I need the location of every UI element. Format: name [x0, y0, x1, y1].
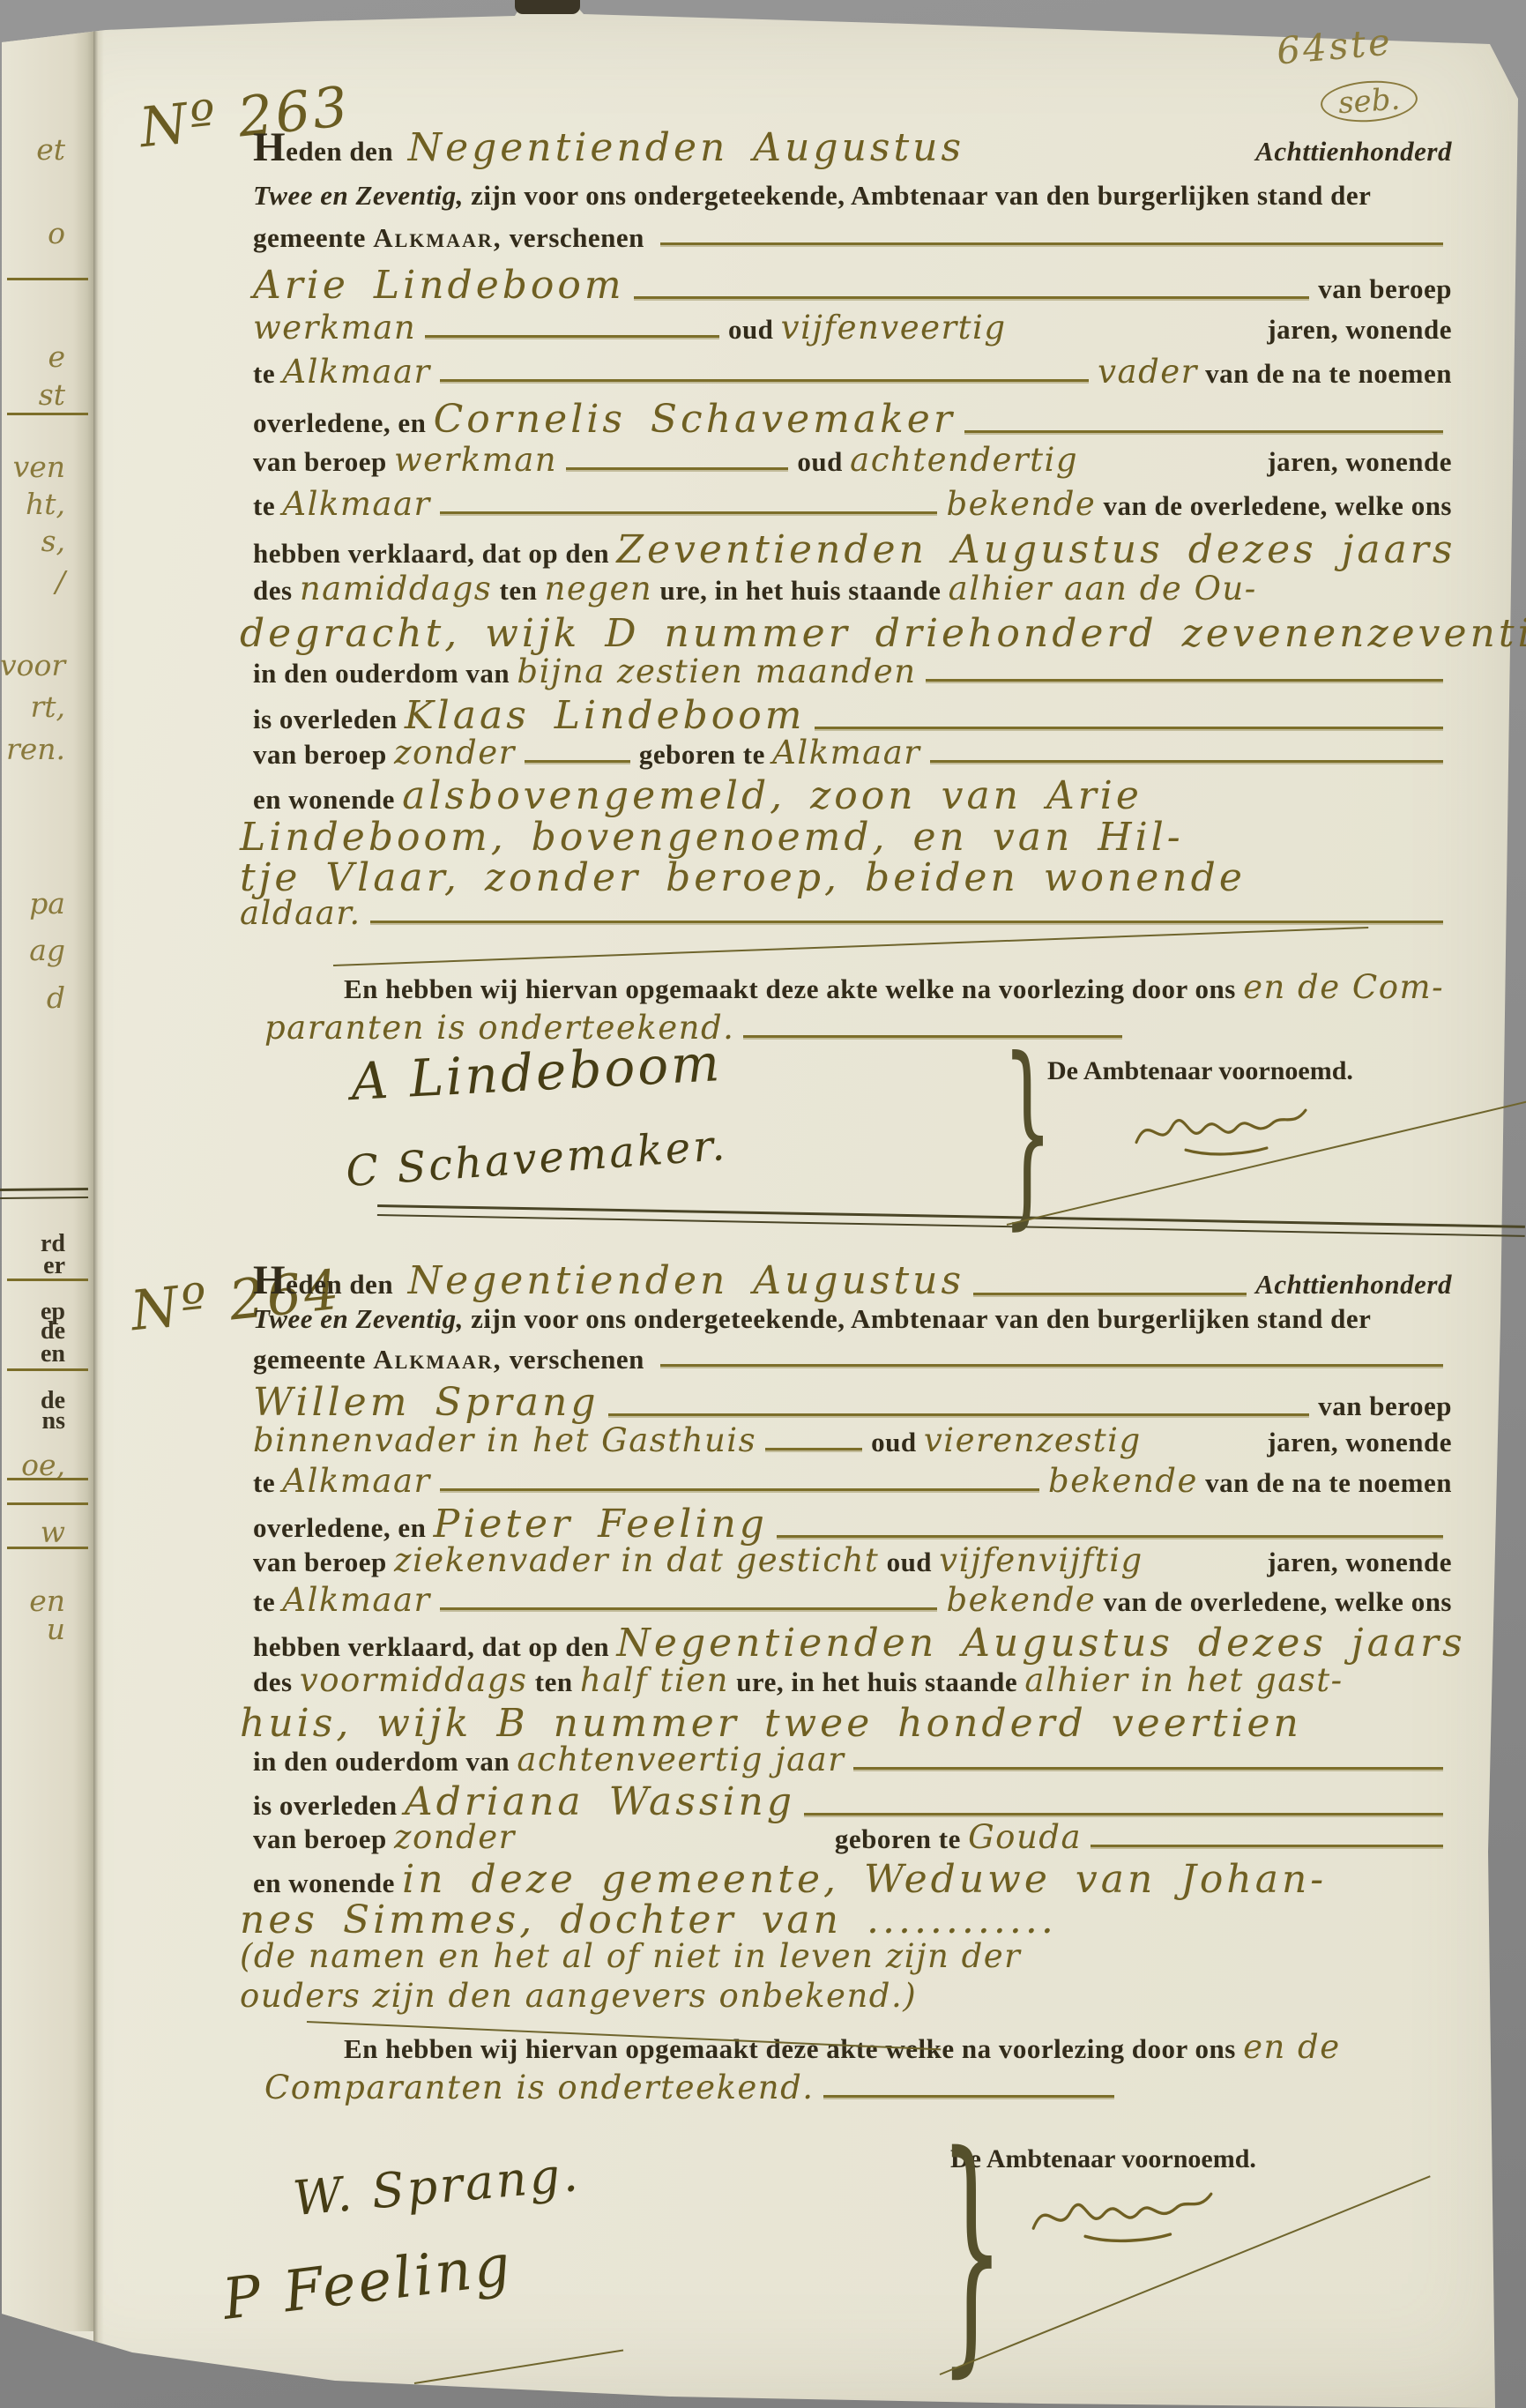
signature-scrawl-icon: [1030, 2178, 1215, 2248]
printed-text: geboren te: [639, 739, 772, 771]
rule-line: [964, 430, 1443, 433]
act-line: aldaar.: [240, 894, 1452, 932]
facing-page-handwritten-fragment: s,: [0, 524, 65, 558]
rule-line: [608, 1413, 1310, 1416]
act-line: binnenvader in het Gasthuisoud vierenzes…: [253, 1421, 1452, 1459]
handwritten-text: Alkmaar: [282, 353, 430, 391]
act-line: Arie Lindeboomvan beroep: [253, 263, 1452, 308]
rule-line: [926, 679, 1443, 682]
facing-page-printed-fragment: en: [0, 1340, 65, 1368]
printed-text: te: [253, 358, 282, 390]
handwritten-text: vierenzestig: [924, 1421, 1142, 1459]
act-line: Lindeboom, bovengenoemd, en van Hil-: [240, 815, 1452, 860]
rule-line: [440, 379, 1089, 382]
rule-line: [425, 335, 719, 338]
handwritten-text: bekende: [946, 1581, 1096, 1619]
facing-page-handwritten-fragment: et: [0, 132, 65, 167]
facing-page-rule-fragment: [7, 1368, 88, 1371]
act-line: gemeente Alkmaar, verschenen: [253, 1344, 1452, 1375]
signature-scrawl-icon: [1133, 1095, 1309, 1161]
printed-text: Alkmaar,: [373, 1344, 502, 1375]
printed-text: te: [253, 1586, 282, 1618]
scanned-register-page: 64ste seb. Nº 263Heden den Negentienden …: [0, 0, 1526, 2408]
spacer: [964, 160, 1255, 160]
act-line: te Alkmaarvader van de na te noemen: [253, 353, 1452, 391]
printed-text: eden den: [286, 1269, 408, 1301]
facing-page-rule-fragment: [7, 1478, 88, 1480]
act-line: in den ouderdom van achtenveertig jaar: [253, 1741, 1452, 1778]
handwritten-text: Negentienden Augustus: [408, 1258, 965, 1303]
act-line: overledene, en Cornelis Schavemaker: [253, 397, 1452, 442]
act-line: overledene, en Pieter Feeling: [253, 1502, 1452, 1547]
spacer: [1143, 1570, 1268, 1571]
facing-page-printed-fragment: ns: [0, 1407, 65, 1435]
facing-page-handwritten-fragment: u: [0, 1612, 65, 1646]
rule-line: [823, 2095, 1114, 2098]
handwritten-text: Lindeboom, bovengenoemd, en van Hil-: [240, 815, 1184, 860]
facing-page-handwritten-fragment: e: [0, 339, 65, 374]
printed-text: van beroep: [253, 1547, 394, 1578]
act-line: paranten is onderteekend.: [264, 1009, 1452, 1047]
printed-text: van de na te noemen: [1198, 358, 1452, 390]
handwritten-text: degracht, wijk D nummer driehonderd zeve…: [240, 611, 1526, 656]
printed-text: verschenen: [502, 222, 652, 254]
facing-page-handwritten-fragment: o: [0, 216, 65, 250]
handwritten-text: werkman: [394, 441, 557, 479]
rule-line: [440, 1488, 1039, 1491]
act-line: ouders zijn den aangevers onbekend.): [240, 1977, 1452, 2015]
printed-text: Twee en Zeventig,: [253, 180, 464, 212]
facing-page-handwritten-fragment: ven: [0, 450, 65, 484]
act-line: werkmanoud vijfenveertigjaren, wonende: [253, 309, 1452, 347]
printed-text: En hebben wij hiervan opgemaakt deze akt…: [344, 2033, 1243, 2065]
handwritten-text: aldaar.: [240, 894, 361, 932]
handwritten-text: Alkmaar: [282, 1581, 430, 1619]
rule-line: [743, 1035, 1122, 1038]
handwritten-text: Alkmaar: [772, 734, 920, 772]
act-line: van beroep zondergeboren te Alkmaar: [253, 734, 1452, 772]
handwritten-text: Willem Sprang: [253, 1380, 599, 1425]
printed-text: verschenen: [502, 1344, 652, 1375]
handwritten-text: zonder: [394, 734, 516, 772]
printed-text: jaren, wonende: [1267, 446, 1452, 478]
act-line: van beroep zondergeboren te Gouda: [253, 1818, 1452, 1856]
act-line: te Alkmaarbekende van de overledene, wel…: [253, 485, 1452, 523]
printed-text: overledene, en: [253, 407, 434, 439]
printed-text: van de overledene, welke ons: [1096, 1586, 1452, 1618]
printed-text: van de na te noemen: [1198, 1467, 1452, 1499]
facing-page-printed-fragment: er: [0, 1252, 65, 1280]
printed-text: Achttienhonderd: [1255, 1269, 1452, 1301]
printed-text: oud: [871, 1427, 924, 1458]
act-line: Twee en Zeventig, zijn voor ons onderget…: [253, 1303, 1452, 1335]
printed-text: ten: [492, 575, 544, 607]
official-signature-scrawl: [1133, 1095, 1309, 1166]
facing-page-handwritten-fragment: pa: [0, 886, 65, 921]
handwritten-text: achtenveertig jaar: [517, 1741, 845, 1778]
rule-line: [853, 1767, 1443, 1770]
printed-text: en wonende: [253, 784, 402, 816]
facing-page-handwritten-fragment: ht,: [0, 487, 65, 521]
printed-text: jaren, wonende: [1267, 1547, 1452, 1578]
rule-line: [777, 1535, 1443, 1538]
act-line: hebben verklaard, dat op den Negentiende…: [253, 1621, 1452, 1666]
printed-text: Twee en Zeventig,: [253, 1303, 464, 1335]
printed-text: in den ouderdom van: [253, 658, 517, 690]
act-line: van beroep werkmanoud achtendertigjaren,…: [253, 441, 1452, 479]
handwritten-text: en de Com-: [1243, 968, 1444, 1006]
printed-text: des: [253, 575, 300, 607]
handwritten-text: bekende: [946, 485, 1096, 523]
printed-text: van beroep: [1318, 273, 1452, 305]
printed-text: En hebben wij hiervan opgemaakt deze akt…: [344, 973, 1243, 1005]
printed-text: van beroep: [1318, 1390, 1452, 1422]
handwritten-text: half tien: [580, 1661, 729, 1699]
handwritten-text: binnenvader in het Gasthuis: [253, 1421, 756, 1459]
printed-text: ten: [528, 1666, 580, 1698]
printed-text: des: [253, 1666, 300, 1698]
act-line: Heden den Negentienden AugustusAchttienh…: [253, 123, 1452, 171]
rule-line: [804, 1813, 1443, 1815]
printed-text: eden den: [286, 136, 408, 168]
printed-text: te: [253, 490, 282, 522]
facing-page-handwritten-fragment: voor: [0, 648, 65, 682]
spacer: [1007, 338, 1268, 339]
handwritten-text: achtendertig: [850, 441, 1078, 479]
facing-page-rule-fragment: [7, 413, 88, 415]
facing-page-handwritten-fragment: ag: [0, 933, 65, 967]
rule-line: [566, 467, 788, 470]
act-line: hebben verklaard, dat op den Zeventiende…: [253, 527, 1452, 572]
printed-text: in den ouderdom van: [253, 1746, 517, 1778]
printed-text: H: [253, 1256, 286, 1304]
handwritten-text: alhier aan de Ou-: [949, 570, 1257, 608]
rule-line: [660, 1364, 1443, 1367]
printed-text: ure, in het huis staande: [652, 575, 948, 607]
handwritten-text: Pieter Feeling: [434, 1502, 768, 1547]
handwritten-text: Negentienden Augustus: [408, 125, 965, 170]
rule-line: [440, 511, 938, 514]
handwritten-text: Gouda: [968, 1818, 1082, 1856]
printed-text: jaren, wonende: [1267, 1427, 1452, 1458]
printed-text: zijn voor ons ondergeteekende, Ambtenaar…: [464, 180, 1371, 212]
handwritten-text: vijfenvijftig: [939, 1541, 1143, 1579]
handwritten-text: vader: [1098, 353, 1198, 391]
handwritten-text: Zeventienden Augustus dezes jaars: [616, 527, 1455, 572]
act-line: des namiddags ten negen ure, in het huis…: [253, 570, 1452, 608]
handwritten-text: nes Simmes, dochter van ............: [240, 1897, 1057, 1942]
handwritten-text: Comparanten is onderteekend.: [264, 2069, 815, 2106]
facing-page-rule-fragment: [7, 278, 88, 280]
spacer: [516, 1847, 835, 1848]
act-line: te Alkmaarbekende van de overledene, wel…: [253, 1581, 1452, 1619]
act-line: Comparanten is onderteekend.: [264, 2069, 1452, 2106]
handwritten-text: bijna zestien maanden: [517, 652, 916, 690]
printed-text: te: [253, 1467, 282, 1499]
spacer: [1142, 1450, 1268, 1451]
handwritten-text: alsbovengemeld, zoon van Arie: [402, 773, 1143, 818]
printed-text: Alkmaar,: [373, 222, 502, 254]
binding-tab: [515, 0, 580, 14]
printed-text: van de overledene, welke ons: [1096, 490, 1452, 522]
printed-text: oud: [728, 314, 781, 346]
act-line: gemeente Alkmaar, verschenen: [253, 222, 1452, 254]
printed-text: van beroep: [253, 446, 394, 478]
handwritten-text: namiddags: [300, 570, 492, 608]
printed-text: gemeente: [253, 222, 373, 254]
brace-glyph: }: [939, 2123, 1004, 2379]
act-line: huis, wijk B nummer twee honderd veertie…: [240, 1701, 1452, 1746]
official-title-label: De Ambtenaar voornoemd.: [1047, 1056, 1353, 1086]
handwritten-text: voormiddags: [300, 1661, 528, 1699]
act-line: van beroep ziekenvader in dat gesticht o…: [253, 1541, 1452, 1579]
act-line: is overleden Klaas Lindeboom: [253, 693, 1452, 738]
rule-line: [440, 1607, 938, 1610]
facing-page-handwritten-fragment: /: [0, 564, 65, 599]
act-line: en wonende alsbovengemeld, zoon van Arie: [253, 773, 1452, 818]
handwritten-text: ouders zijn den aangevers onbekend.): [240, 1977, 917, 2015]
rule-line: [930, 760, 1444, 763]
act-line: Twee en Zeventig, zijn voor ons onderget…: [253, 180, 1452, 212]
handwritten-text: alhier in het gast-: [1024, 1661, 1343, 1699]
printed-text: van beroep: [253, 739, 394, 771]
act-line: En hebben wij hiervan opgemaakt deze akt…: [344, 968, 1452, 1006]
act-line: nes Simmes, dochter van ............: [240, 1897, 1452, 1942]
printed-text: oud: [797, 446, 850, 478]
rule-line: [525, 760, 630, 763]
handwritten-text: huis, wijk B nummer twee honderd veertie…: [240, 1701, 1302, 1746]
handwritten-text: en de: [1243, 2028, 1341, 2066]
rule-line: [815, 727, 1444, 729]
handwritten-text: Negentienden Augustus dezes jaars: [616, 1621, 1465, 1666]
facing-page-handwritten-fragment: ren.: [0, 732, 65, 766]
facing-page-rule-fragment: [7, 1502, 88, 1505]
rule-line: [973, 1293, 1247, 1295]
printed-text: hebben verklaard, dat op den: [253, 1631, 616, 1663]
handwritten-text: vijfenveertig: [781, 309, 1007, 347]
printed-text: is overleden: [253, 704, 405, 735]
printed-text: van beroep: [253, 1823, 394, 1855]
printed-text: ure, in het huis staande: [729, 1666, 1024, 1698]
printed-text: is overleden: [253, 1790, 405, 1822]
spacer: [1078, 470, 1267, 471]
printed-text: oud: [879, 1547, 939, 1578]
act-line: en wonende in deze gemeente, Weduwe van …: [253, 1857, 1452, 1902]
facing-page-rule-fragment: [7, 1279, 88, 1281]
act-line: in den ouderdom van bijna zestien maande…: [253, 652, 1452, 690]
printed-text: gemeente: [253, 1344, 373, 1375]
act-line: des voormiddags ten half tien ure, in he…: [253, 1661, 1452, 1699]
printed-text: Achttienhonderd: [1255, 136, 1452, 168]
rule-line: [1091, 1845, 1443, 1847]
rule-line: [370, 921, 1443, 923]
printed-text: overledene, en: [253, 1512, 434, 1544]
handwritten-text: Klaas Lindeboom: [405, 693, 806, 738]
handwritten-text: Alkmaar: [282, 485, 430, 523]
handwritten-text: ziekenvader in dat gesticht: [394, 1541, 879, 1579]
facing-page-handwritten-fragment: rt,: [0, 690, 65, 724]
handwritten-text: negen: [545, 570, 653, 608]
handwritten-text: Arie Lindeboom: [253, 263, 625, 308]
facing-page-handwritten-fragment: d: [0, 980, 65, 1015]
handwritten-text: (de namen en het al of niet in leven zij…: [240, 1937, 1021, 1975]
printed-text: geboren te: [835, 1823, 968, 1855]
rule-line: [765, 1448, 862, 1450]
act-line: degracht, wijk D nummer driehonderd zeve…: [240, 611, 1452, 656]
act-separator-rule-left: [0, 1188, 88, 1199]
handwritten-text: Alkmaar: [282, 1462, 430, 1500]
brace-glyph: }: [1002, 1033, 1053, 1232]
facing-page-rule-fragment: [7, 1547, 88, 1549]
printed-text: zijn voor ons ondergeteekende, Ambtenaar…: [464, 1303, 1371, 1335]
printed-text: en wonende: [253, 1868, 402, 1899]
act-line: te Alkmaarbekende van de na te noemen: [253, 1462, 1452, 1500]
official-signature-scrawl: [1030, 2178, 1215, 2253]
handwritten-text: Cornelis Schavemaker: [434, 397, 956, 442]
act-line: Heden den Negentienden AugustusAchttienh…: [253, 1256, 1452, 1304]
handwritten-text: in deze gemeente, Weduwe van Johan-: [402, 1857, 1327, 1902]
printed-text: jaren, wonende: [1267, 314, 1452, 346]
act-line: Willem Sprangvan beroep: [253, 1380, 1452, 1425]
handwritten-text: werkman: [253, 309, 416, 347]
handwritten-text: zonder: [394, 1818, 516, 1856]
rule-line: [634, 296, 1310, 299]
rule-line: [660, 242, 1443, 245]
printed-text: H: [253, 123, 286, 171]
binding-crease: [93, 18, 104, 2363]
printed-text: hebben verklaard, dat op den: [253, 538, 616, 570]
facing-page-handwritten-fragment: w: [0, 1515, 65, 1549]
facing-page-handwritten-fragment: st: [0, 377, 65, 412]
act-line: (de namen en het al of niet in leven zij…: [240, 1937, 1452, 1975]
handwritten-text: bekende: [1048, 1462, 1198, 1500]
